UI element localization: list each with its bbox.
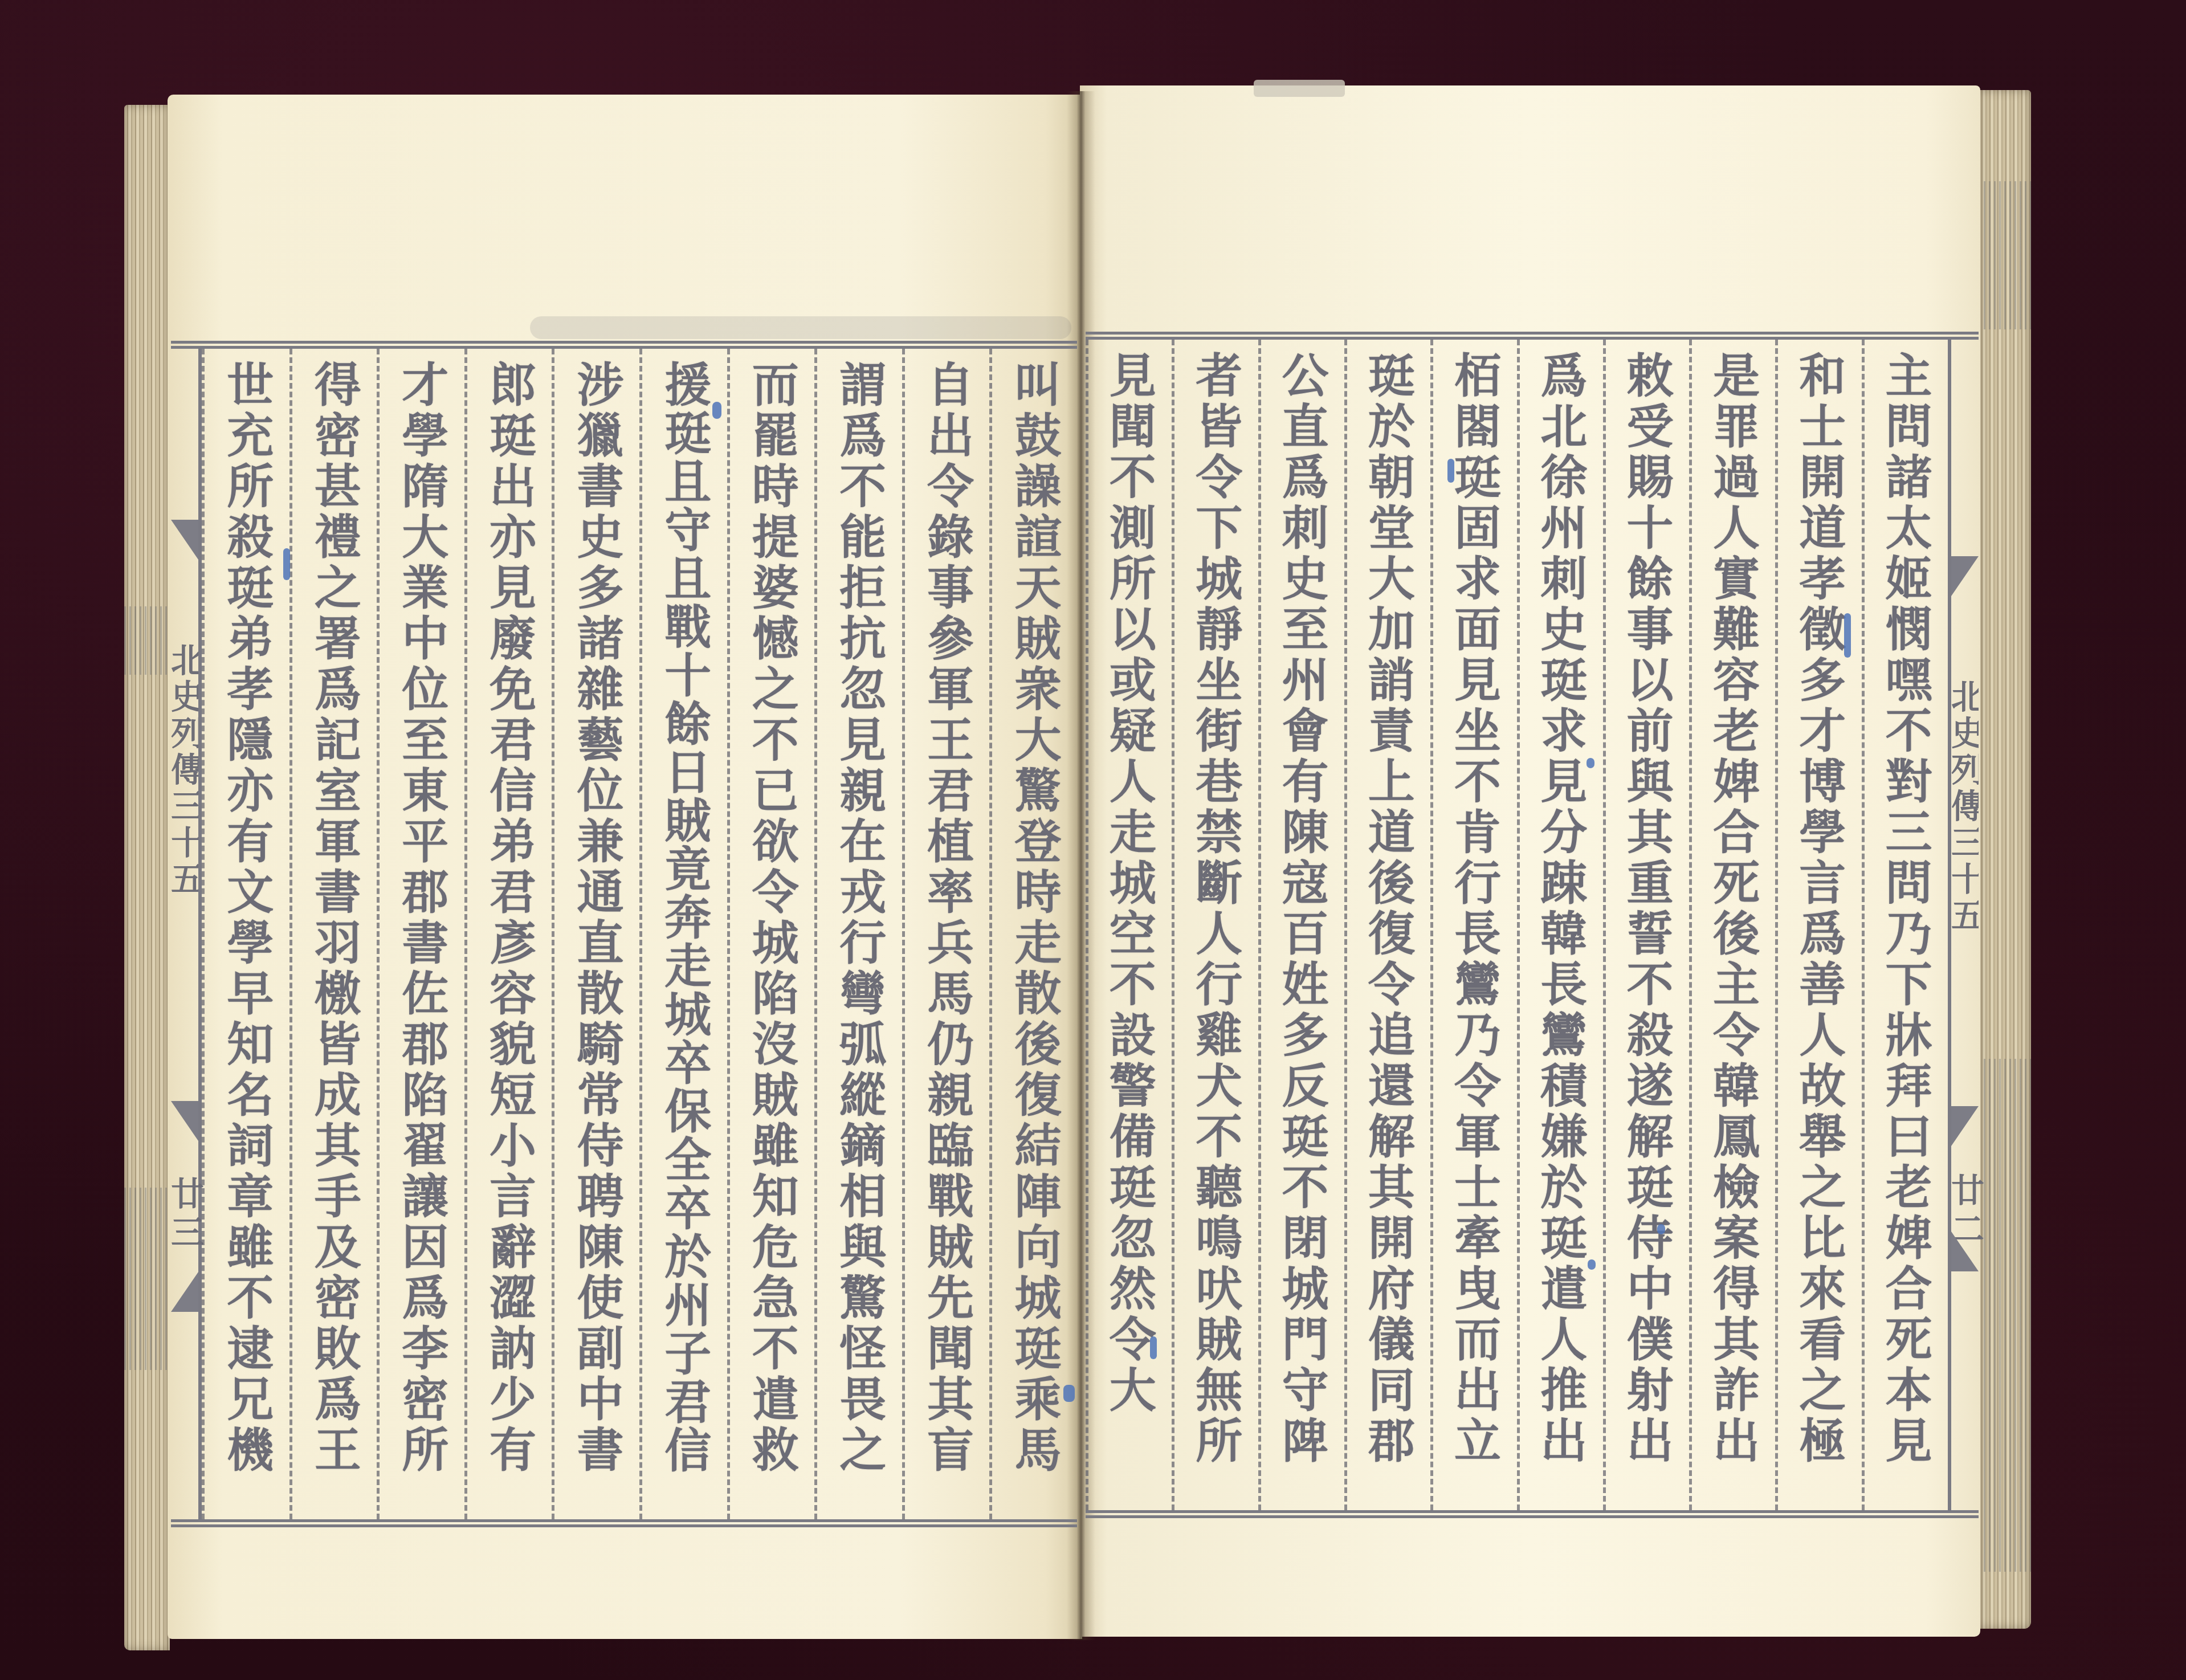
blue-annotation-mark [1657, 1224, 1665, 1234]
text-column: 敕受賜十餘事以前與其重誓不殺遂解珽侍中僕射出 [1603, 340, 1689, 1510]
right-page: 北史列傳三十五 廿二 主問諸太姬憫嘿不對三問乃下牀拜曰老婢合死本見 和士開道孝徵… [1086, 332, 1979, 1518]
text-column: 得密甚禮之署爲記室軍書羽檄皆成其手及密敗爲王 [289, 349, 377, 1519]
paper-strip [1254, 80, 1345, 97]
stack-ink-mark [124, 1188, 170, 1370]
fishtail-ornament-icon [171, 1272, 198, 1312]
running-head: 北史列傳三十五 [171, 565, 198, 976]
text-column: 謂爲不能拒抗忽見親在戎行彎弧縱鏑相與驚怪畏之 [814, 349, 902, 1519]
left-page-center-strip: 北史列傳三十五 廿三 [171, 349, 202, 1519]
ink-smudge [530, 316, 1071, 339]
right-page-text-columns: 主問諸太姬憫嘿不對三問乃下牀拜曰老婢合死本見 和士開道孝徵多才博學言爲善人故舉之… [1086, 340, 1948, 1510]
text-column: 世充所殺珽弟孝隱亦有文學早知名詞章雖不逮兄機 [202, 349, 289, 1519]
text-column: 郎珽出亦見廢免君信弟君彥容貌短小言辭澀訥少有 [464, 349, 552, 1519]
text-column: 栢閤珽固求面見坐不肯行長鸞乃令軍士牽曳而出立 [1430, 340, 1516, 1510]
blue-annotation-mark [1588, 1259, 1596, 1270]
blue-annotation-mark [1844, 613, 1851, 658]
stack-ink-mark [1979, 181, 2031, 329]
text-column: 涉獵書史多諸雜藝位兼通直散騎常侍聘陳使副中書 [552, 349, 639, 1519]
text-column: 見聞不測所以或疑人走城空不設警備珽忽然令大 [1086, 340, 1172, 1510]
left-page: 北史列傳三十五 廿三 叫鼓譟諠天賊衆大驚登時走散後復結陣向城珽乘馬 自出令錄事參… [171, 341, 1077, 1527]
stack-ink-mark [1979, 1059, 2031, 1572]
text-column: 自出令錄事參軍王君植率兵馬仍親臨戰賊先聞其盲 [902, 349, 990, 1519]
fishtail-ornament-icon [171, 520, 198, 560]
running-head: 北史列傳三十五 [1951, 602, 1979, 1012]
text-column: 主問諸太姬憫嘿不對三問乃下牀拜曰老婢合死本見 [1862, 340, 1948, 1510]
text-column: 叫鼓譟諠天賊衆大驚登時走散後復結陣向城珽乘馬 [989, 349, 1077, 1519]
text-column: 才學隋大業中位至東平郡書佐郡陷翟讓因爲李密所 [377, 349, 464, 1519]
blue-annotation-mark [1447, 459, 1454, 483]
text-column: 是罪過人實難容老婢合死後主令韓鳳檢案得其詐出 [1689, 340, 1775, 1510]
right-page-stack-edge [1979, 90, 2031, 1629]
left-page-text-columns: 叫鼓譟諠天賊衆大驚登時走散後復結陣向城珽乘馬 自出令錄事參軍王君植率兵馬仍親臨戰… [202, 349, 1077, 1519]
blue-annotation-mark [1150, 1336, 1157, 1359]
fishtail-ornament-icon [1951, 556, 1979, 596]
blue-annotation-mark [1063, 1385, 1075, 1402]
text-column: 和士開道孝徵多才博學言爲善人故舉之比來看之極 [1775, 340, 1861, 1510]
blue-annotation-mark [1587, 758, 1594, 768]
stack-ink-mark [124, 606, 170, 675]
right-page-center-strip: 北史列傳三十五 廿二 [1948, 340, 1979, 1510]
fishtail-ornament-icon [1951, 1106, 1979, 1146]
text-column: 公直爲刺史至州會有陳寇百姓多反珽不閉城門守陴 [1258, 340, 1344, 1510]
text-column: 而罷時提婆憾之不已欲令城陷沒賊雖知危急不遣救 [727, 349, 815, 1519]
leaf-number: 廿三 [171, 1164, 198, 1266]
text-column: 爲北徐州刺史珽求見分踈韓長鸞積嫌於珽遣人推出 [1517, 340, 1603, 1510]
text-column: 者皆令下城靜坐街巷禁斷人行雞犬不聽鳴吠賊無所 [1172, 340, 1258, 1510]
blue-annotation-mark [712, 402, 721, 419]
text-column: 援珽且守且戰十餘日賊竟奔走城卒保全卒於州子君信 [639, 349, 727, 1519]
blue-annotation-mark [283, 548, 290, 580]
left-page-stack-edge [124, 105, 170, 1650]
fishtail-ornament-icon [171, 1101, 198, 1141]
text-column: 珽於朝堂大加誚責上道後復令追還解其開府儀同郡 [1344, 340, 1430, 1510]
